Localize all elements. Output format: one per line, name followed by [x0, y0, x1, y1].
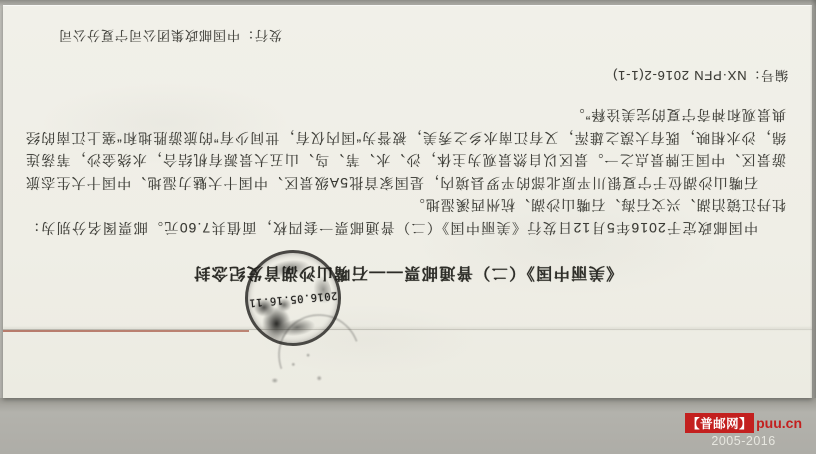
- watermark-site-badge: 【普邮网】: [685, 413, 754, 433]
- serial-number: 编号：NX·PFN 2016-2(1-1): [612, 67, 788, 86]
- watermark-years: 2005-2016: [685, 434, 802, 448]
- envelope-flap-crease-red-edge: [3, 330, 249, 332]
- postmark-ink-specks: [260, 346, 334, 392]
- issuer-line: 发行：中国邮政集团公司宁夏分公司: [58, 27, 282, 46]
- watermark-site-url: puu.cn: [756, 415, 802, 431]
- body-paragraph-issue-notice: 中国邮政定于2016年5月12日发行《美丽中国》（二）普通邮票一套四枚，面值共7…: [25, 194, 786, 239]
- envelope-printed-side-rotated: 《美丽中国》（二）普通邮票——石嘴山沙湖首发纪念封 中国邮政定于2016年5月1…: [3, 5, 812, 398]
- cover-description: 中国邮政定于2016年5月12日发行《美丽中国》（二）普通邮票一套四枚，面值共7…: [25, 103, 786, 239]
- watermark: 【普邮网】 puu.cn 2005-2016: [685, 413, 802, 448]
- first-day-cover-envelope: 《美丽中国》（二）普通邮票——石嘴山沙湖首发纪念封 中国邮政定于2016年5月1…: [3, 5, 812, 398]
- body-paragraph-sand-lake-intro: 石嘴山沙湖位于宁夏银川平原北部的平罗县境内，是国家首批5A级景区、中国十大魅力湿…: [25, 103, 786, 193]
- postmark-ink-smudge: [249, 294, 299, 348]
- scanner-background: 《美丽中国》（二）普通邮票——石嘴山沙湖首发纪念封 中国邮政定于2016年5月1…: [0, 0, 816, 454]
- scan-right-edge-shadow: [810, 0, 816, 398]
- cover-title: 《美丽中国》（二）普通邮票——石嘴山沙湖首发纪念封: [3, 263, 812, 286]
